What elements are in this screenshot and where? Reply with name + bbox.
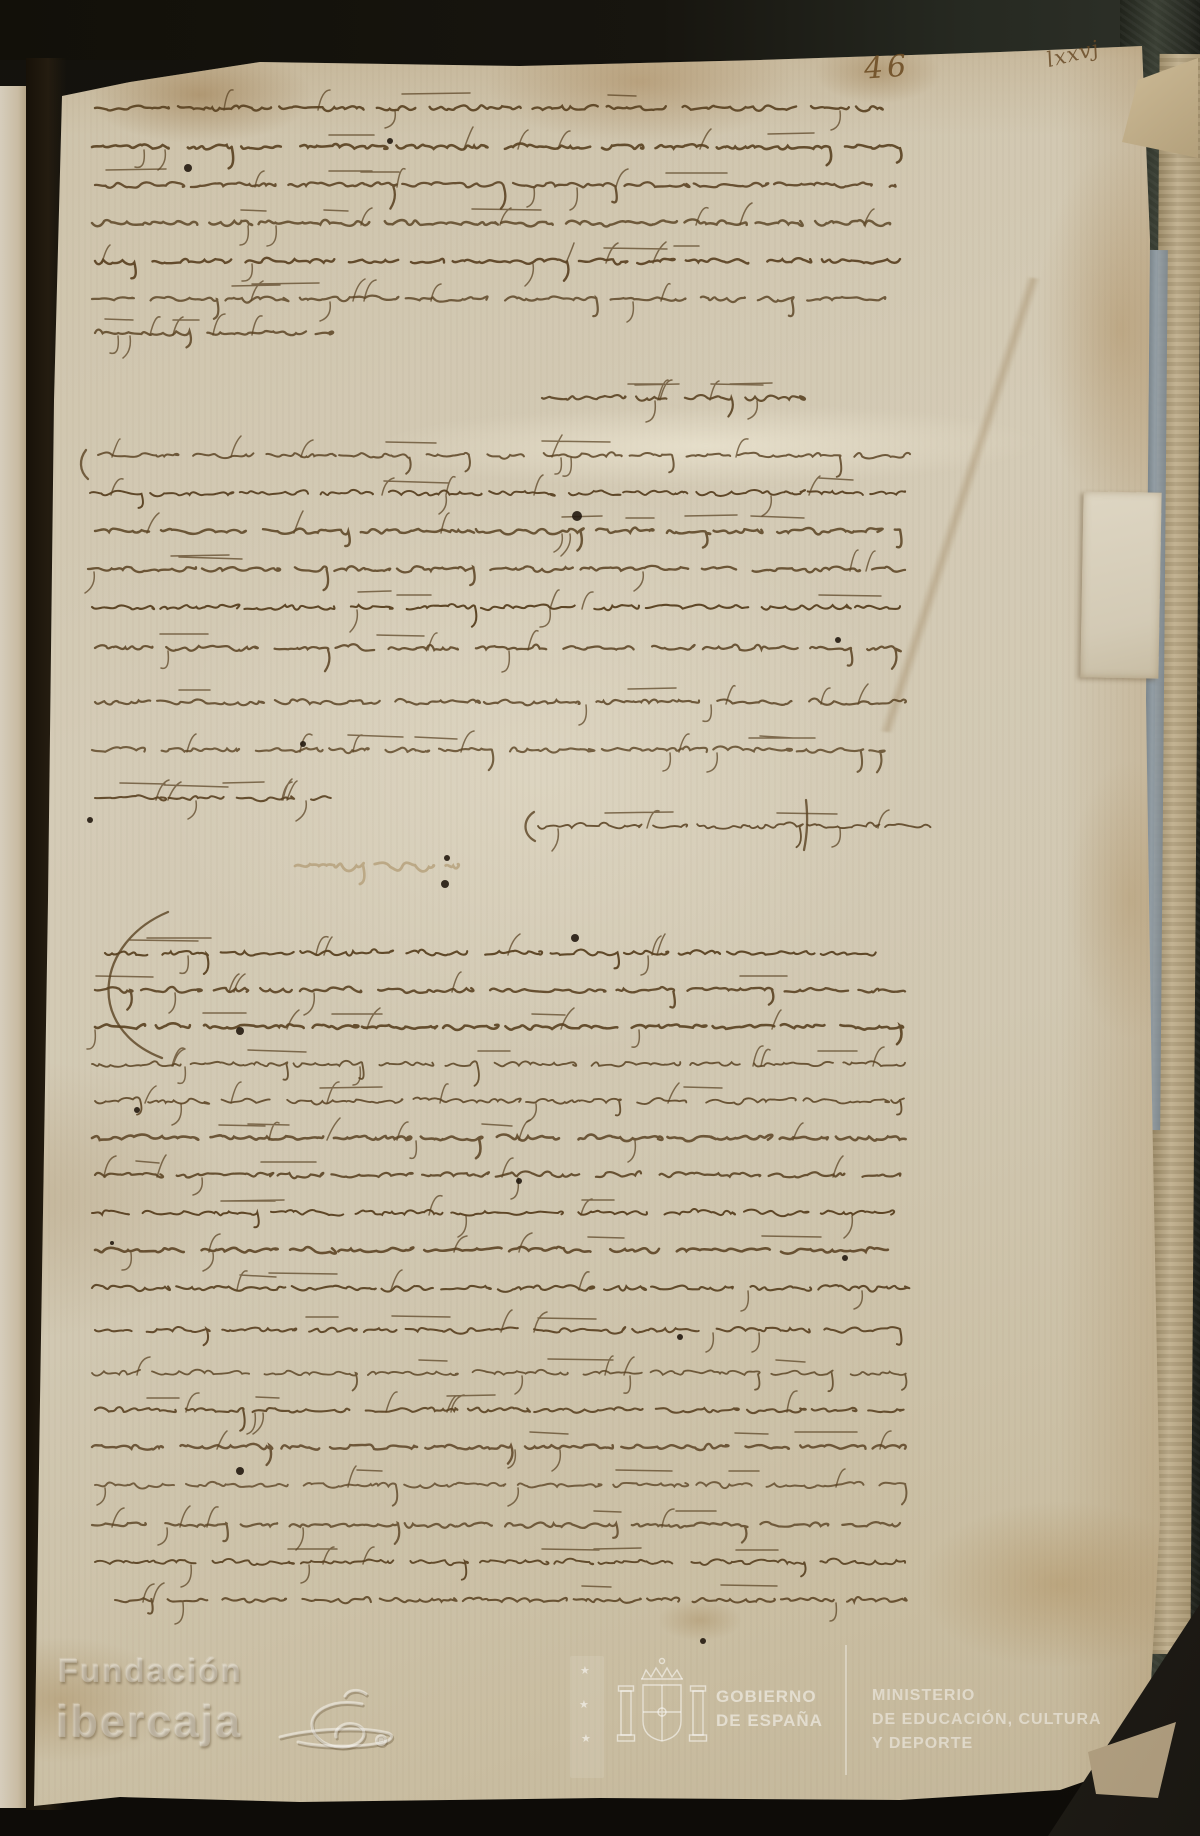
folio-number: 46 xyxy=(863,48,912,86)
watermark-divider xyxy=(845,1645,847,1775)
ibercaja-logo-icon xyxy=(262,1682,412,1772)
ibercaja-watermark-line2: ibercaja xyxy=(56,1696,242,1748)
handwriting-layer xyxy=(0,0,1200,1836)
ministry-watermark-line3: Y DEPORTE xyxy=(872,1735,973,1753)
government-watermark-line1: GOBIERNO xyxy=(716,1687,817,1707)
ibercaja-watermark-line1: Fundación xyxy=(58,1652,243,1690)
manuscript-scan-view: 46 lxxvj Fundación ibercaja xyxy=(0,0,1200,1836)
ministry-watermark-line2: DE EDUCACIÓN, CULTURA xyxy=(872,1711,1102,1729)
ministry-watermark-line1: MINISTERIO xyxy=(872,1687,975,1705)
spain-coat-of-arms-icon xyxy=(612,1655,712,1770)
eu-stars-icon: ★ ★ ★ xyxy=(570,1656,604,1778)
government-watermark-line2: DE ESPAÑA xyxy=(716,1711,823,1731)
